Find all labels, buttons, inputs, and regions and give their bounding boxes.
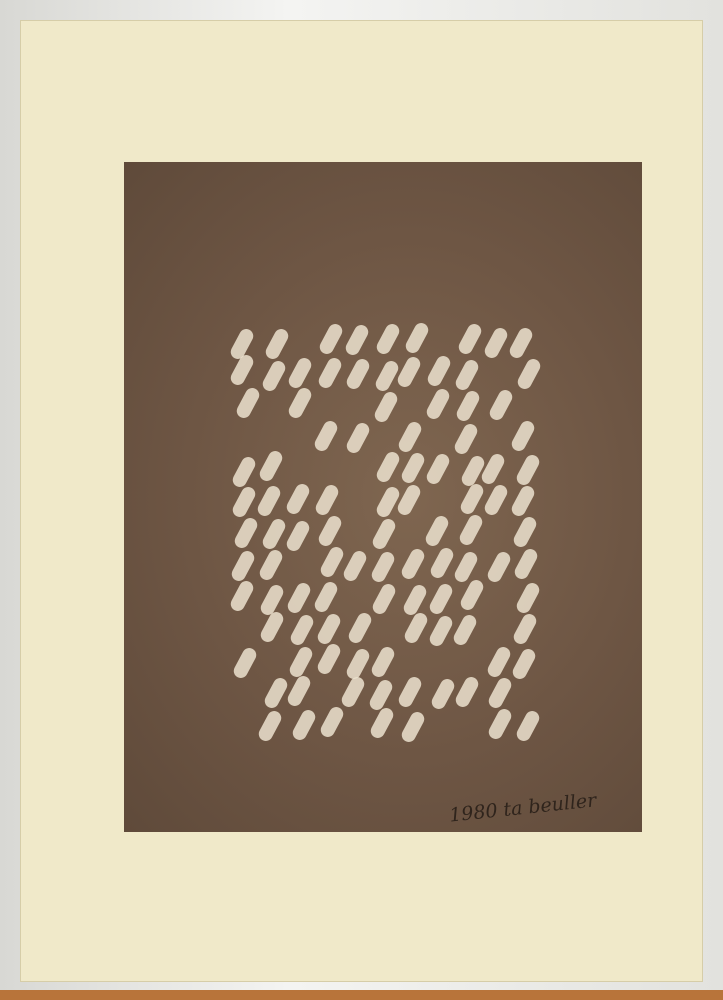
brushstroke-mark xyxy=(344,357,371,392)
brushstroke-mark xyxy=(482,326,509,361)
brushstroke-mark xyxy=(424,451,451,486)
brushstroke-mark xyxy=(263,326,290,361)
brushstroke-mark xyxy=(482,483,509,518)
brushstroke-mark xyxy=(368,706,395,741)
brushstroke-mark xyxy=(428,613,455,648)
brushstroke-mark xyxy=(287,645,314,680)
brushstroke-mark xyxy=(427,581,454,616)
brushstroke-mark xyxy=(508,326,535,361)
brushstroke-mark xyxy=(287,356,314,391)
brushstroke-mark xyxy=(231,646,258,681)
brushstroke-mark xyxy=(400,710,427,745)
brushstroke-mark xyxy=(285,580,312,615)
brushstroke-mark xyxy=(453,674,480,709)
brushstroke-mark xyxy=(401,582,428,617)
brushstroke-mark xyxy=(286,386,313,421)
brushstroke-mark xyxy=(480,452,507,487)
brushstroke-mark xyxy=(424,387,451,422)
brushstroke-mark xyxy=(341,548,368,583)
brushstroke-mark xyxy=(263,675,290,710)
brushstroke-mark xyxy=(290,708,317,743)
brushstroke-mark xyxy=(344,323,371,358)
brushstroke-mark xyxy=(260,517,287,552)
brushstroke-mark xyxy=(426,353,453,388)
brushstroke-mark xyxy=(374,358,401,393)
brushstroke-mark xyxy=(256,709,283,744)
brushstroke-mark xyxy=(285,518,312,553)
brushstroke-mark xyxy=(229,548,256,583)
brushstroke-mark xyxy=(457,513,484,548)
brushstroke-mark xyxy=(399,450,426,485)
artwork: 1980 ta beuller xyxy=(124,162,642,832)
brushstroke-mark xyxy=(511,612,538,647)
brushstroke-mark xyxy=(285,674,312,709)
brushstroke-mark xyxy=(453,357,480,392)
artist-signature: 1980 ta beuller xyxy=(448,789,597,826)
brushstroke-mark xyxy=(258,609,285,644)
brushstroke-mark xyxy=(228,353,255,388)
brushstroke-mark xyxy=(369,549,396,584)
floor-strip xyxy=(0,990,723,1000)
brushstroke-mark xyxy=(375,485,402,520)
brushstroke-mark xyxy=(256,483,283,518)
brushstroke-mark xyxy=(228,578,255,613)
brushstroke-mark xyxy=(374,450,401,485)
brushstroke-mark xyxy=(515,708,542,743)
brushstroke-mark xyxy=(486,645,513,680)
brushstroke-mark xyxy=(316,513,343,548)
brushstroke-mark xyxy=(234,385,261,420)
brushstroke-mark xyxy=(395,355,422,390)
brushstroke-mark xyxy=(347,611,374,646)
picture-frame: 1980 ta beuller xyxy=(0,0,723,992)
brushstroke-mark xyxy=(258,547,285,582)
brushstroke-mark xyxy=(510,646,537,681)
brushstroke-mark xyxy=(487,387,514,422)
brushstroke-mark xyxy=(429,546,456,581)
brushstroke-mark xyxy=(315,612,342,647)
brushstroke-mark xyxy=(312,579,339,614)
brushstroke-mark xyxy=(403,321,430,356)
brushstroke-mark xyxy=(344,421,371,456)
brushstroke-mark xyxy=(318,705,345,740)
brushstroke-mark xyxy=(257,449,284,484)
brushstroke-mark xyxy=(514,581,541,616)
brushstroke-mark xyxy=(367,677,394,712)
passe-partout-mat: 1980 ta beuller xyxy=(20,20,703,982)
brushstroke-mark xyxy=(486,707,513,742)
brushstroke-mark xyxy=(313,418,340,453)
brushstroke-mark xyxy=(514,452,541,487)
brushstroke-mark xyxy=(370,582,397,617)
brushstroke-mark xyxy=(399,546,426,581)
brushstroke-mark xyxy=(485,549,512,584)
brushstroke-mark xyxy=(515,356,542,391)
brushstroke-mark xyxy=(423,513,450,548)
brushstroke-mark xyxy=(261,358,288,393)
brushstroke-mark xyxy=(395,482,422,517)
brushstroke-mark xyxy=(430,677,457,712)
brushstroke-mark xyxy=(452,421,479,456)
brushstroke-mark xyxy=(369,645,396,680)
brushstroke-mark xyxy=(451,613,478,648)
brushstroke-mark xyxy=(487,675,514,710)
brushstroke-mark xyxy=(459,578,486,613)
brushstroke-mark xyxy=(230,485,257,520)
brushstroke-mark xyxy=(374,322,401,357)
brushstroke-mark xyxy=(458,481,485,516)
brushstroke-mark xyxy=(230,454,257,489)
brushstroke-mark xyxy=(513,546,540,581)
brushstroke-mark xyxy=(314,482,341,517)
scene-description: Photograph of a framed abstract artwork:… xyxy=(0,0,1,1)
brushstroke-mark xyxy=(396,420,423,455)
brushstroke-mark xyxy=(232,516,259,551)
brushstroke-mark xyxy=(315,641,342,676)
brushstroke-mark xyxy=(340,674,367,709)
brushstroke-mark xyxy=(316,355,343,390)
brushstroke-mark xyxy=(318,321,345,356)
brushstroke-mark xyxy=(511,515,538,550)
brushstroke-mark xyxy=(319,545,346,580)
brushstroke-mark xyxy=(372,390,399,425)
brushstroke-mark xyxy=(402,611,429,646)
brushstroke-mark xyxy=(289,612,316,647)
brushstroke-mark xyxy=(510,419,537,454)
brushstroke-mark xyxy=(455,389,482,424)
brushstroke-mark xyxy=(370,517,397,552)
brushstroke-mark xyxy=(285,481,312,516)
brushstroke-mark xyxy=(509,484,536,519)
brushstroke-mark xyxy=(396,674,423,709)
brushstroke-mark xyxy=(456,322,483,357)
